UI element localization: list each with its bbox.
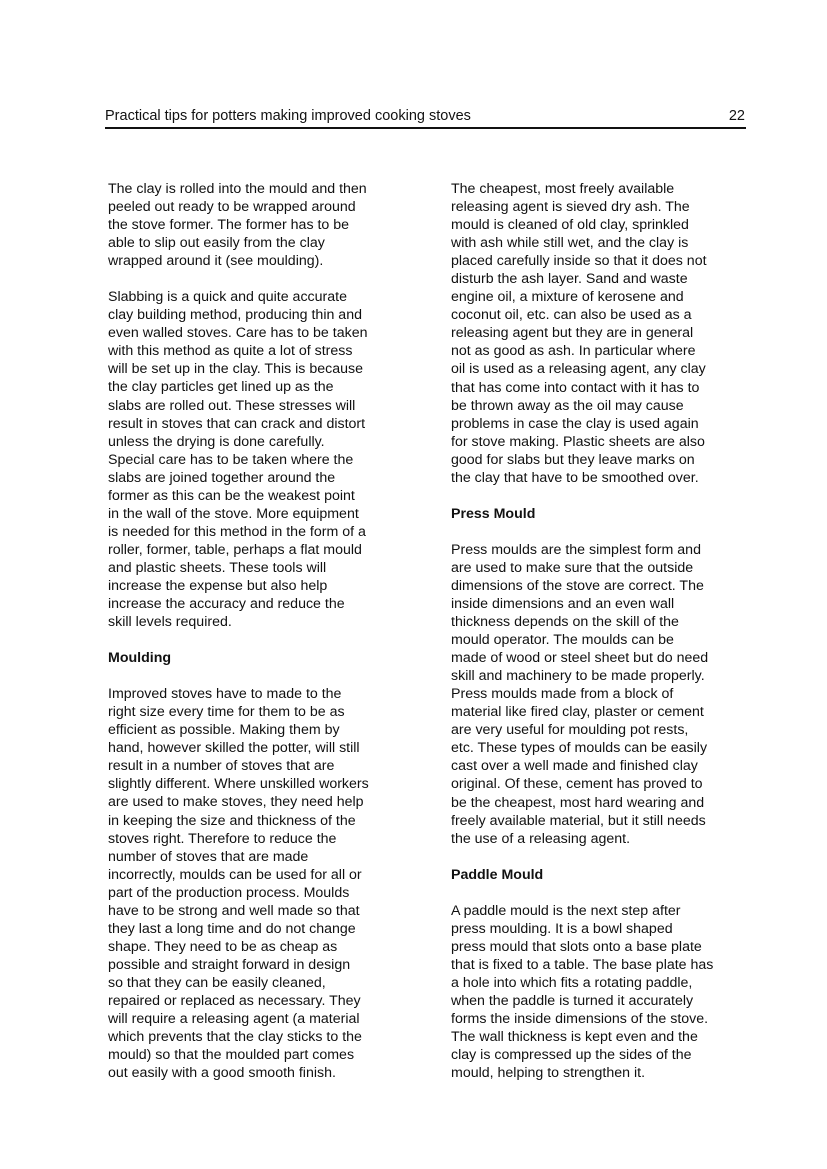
- text-line: stoves right. Therefore to reduce the: [108, 830, 428, 848]
- text-line: be thrown away as the oil may cause: [451, 397, 771, 415]
- paragraph: A paddle mould is the next step afterpre…: [451, 902, 771, 1082]
- text-line: for stove making. Plastic sheets are als…: [451, 433, 771, 451]
- text-line: is needed for this method in the form of…: [108, 523, 428, 541]
- text-line: forms the inside dimensions of the stove…: [451, 1010, 771, 1028]
- section-heading-paddle-mould: Paddle Mould: [451, 866, 771, 884]
- text-line: the clay that have to be smoothed over.: [451, 469, 771, 487]
- text-line: slightly different. Where unskilled work…: [108, 775, 428, 793]
- text-line: good for slabs but they leave marks on: [451, 451, 771, 469]
- text-line: so that they can be easily cleaned,: [108, 974, 428, 992]
- text-line: former as this can be the weakest point: [108, 487, 428, 505]
- text-line: disturb the ash layer. Sand and waste: [451, 270, 771, 288]
- running-header: Practical tips for potters making improv…: [105, 106, 745, 126]
- text-line: peeled out ready to be wrapped around: [108, 198, 428, 216]
- text-line: releasing agent but they are in general: [451, 324, 771, 342]
- text-line: press mould that slots onto a base plate: [451, 938, 771, 956]
- right-column: The cheapest, most freely availablerelea…: [451, 180, 771, 1100]
- text-line: original. Of these, cement has proved to: [451, 775, 771, 793]
- text-line: freely available material, but it still …: [451, 812, 771, 830]
- text-line: the clay particles get lined up as the: [108, 378, 428, 396]
- text-line: mould, helping to strengthen it.: [451, 1064, 771, 1082]
- text-line: clay is compressed up the sides of the: [451, 1046, 771, 1064]
- text-line: mould is cleaned of old clay, sprinkled: [451, 216, 771, 234]
- text-line: releasing agent is sieved dry ash. The: [451, 198, 771, 216]
- text-line: increase the accuracy and reduce the: [108, 595, 428, 613]
- text-line: have to be strong and well made so that: [108, 902, 428, 920]
- text-line: The clay is rolled into the mould and th…: [108, 180, 428, 198]
- text-line: mould operator. The moulds can be: [451, 631, 771, 649]
- text-line: made of wood or steel sheet but do need: [451, 649, 771, 667]
- text-line: a hole into which fits a rotating paddle…: [451, 974, 771, 992]
- text-line: skill and machinery to be made properly.: [451, 667, 771, 685]
- text-line: problems in case the clay is used again: [451, 415, 771, 433]
- text-line: increase the expense but also help: [108, 577, 428, 595]
- text-line: possible and straight forward in design: [108, 956, 428, 974]
- paragraph: The clay is rolled into the mould and th…: [108, 180, 428, 270]
- text-line: repaired or replaced as necessary. They: [108, 992, 428, 1010]
- text-line: the use of a releasing agent.: [451, 830, 771, 848]
- text-line: that has come into contact with it has t…: [451, 379, 771, 397]
- text-line: result in a number of stoves that are: [108, 757, 428, 775]
- text-line: will require a releasing agent (a materi…: [108, 1010, 428, 1028]
- text-line: able to slip out easily from the clay: [108, 234, 428, 252]
- text-line: slabs are rolled out. These stresses wil…: [108, 397, 428, 415]
- text-line: right size every time for them to be as: [108, 703, 428, 721]
- text-line: part of the production process. Moulds: [108, 884, 428, 902]
- text-line: thickness depends on the skill of the: [451, 613, 771, 631]
- text-line: hand, however skilled the potter, will s…: [108, 739, 428, 757]
- text-line: out easily with a good smooth finish.: [108, 1064, 428, 1082]
- text-line: incorrectly, moulds can be used for all …: [108, 866, 428, 884]
- text-line: placed carefully inside so that it does …: [451, 252, 771, 270]
- header-rule: [105, 127, 746, 129]
- text-line: that is fixed to a table. The base plate…: [451, 956, 771, 974]
- text-line: are used to make sure that the outside: [451, 559, 771, 577]
- text-line: Press moulds made from a block of: [451, 685, 771, 703]
- text-line: result in stoves that can crack and dist…: [108, 415, 428, 433]
- page-number: 22: [729, 106, 745, 126]
- text-line: press moulding. It is a bowl shaped: [451, 920, 771, 938]
- text-line: in keeping the size and thickness of the: [108, 812, 428, 830]
- text-line: will be set up in the clay. This is beca…: [108, 360, 428, 378]
- section-heading-press-mould: Press Mould: [451, 505, 771, 523]
- text-line: which prevents that the clay sticks to t…: [108, 1028, 428, 1046]
- text-line: material like fired clay, plaster or cem…: [451, 703, 771, 721]
- text-line: The wall thickness is kept even and the: [451, 1028, 771, 1046]
- text-line: inside dimensions and an even wall: [451, 595, 771, 613]
- text-line: etc. These types of moulds can be easily: [451, 739, 771, 757]
- paragraph: Slabbing is a quick and quite accuratecl…: [108, 288, 428, 631]
- paragraph: The cheapest, most freely availablerelea…: [451, 180, 771, 487]
- text-line: are used to make stoves, they need help: [108, 793, 428, 811]
- text-line: A paddle mould is the next step after: [451, 902, 771, 920]
- text-line: clay building method, producing thin and: [108, 306, 428, 324]
- text-line: Press moulds are the simplest form and: [451, 541, 771, 559]
- text-line: roller, former, table, perhaps a flat mo…: [108, 541, 428, 559]
- text-line: they last a long time and do not change: [108, 920, 428, 938]
- text-line: cast over a well made and finished clay: [451, 757, 771, 775]
- section-heading-moulding: Moulding: [108, 649, 428, 667]
- running-header-title: Practical tips for potters making improv…: [105, 106, 471, 126]
- text-line: wrapped around it (see moulding).: [108, 252, 428, 270]
- text-line: Slabbing is a quick and quite accurate: [108, 288, 428, 306]
- text-line: are very useful for moulding pot rests,: [451, 721, 771, 739]
- text-line: in the wall of the stove. More equipment: [108, 505, 428, 523]
- text-line: efficient as possible. Making them by: [108, 721, 428, 739]
- text-line: Improved stoves have to made to the: [108, 685, 428, 703]
- left-column: The clay is rolled into the mould and th…: [108, 180, 428, 1100]
- text-line: oil is used as a releasing agent, any cl…: [451, 360, 771, 378]
- text-line: the stove former. The former has to be: [108, 216, 428, 234]
- text-line: The cheapest, most freely available: [451, 180, 771, 198]
- text-line: even walled stoves. Care has to be taken: [108, 324, 428, 342]
- text-line: and plastic sheets. These tools will: [108, 559, 428, 577]
- text-line: not as good as ash. In particular where: [451, 342, 771, 360]
- text-line: engine oil, a mixture of kerosene and: [451, 288, 771, 306]
- paragraph: Improved stoves have to made to theright…: [108, 685, 428, 1082]
- text-line: when the paddle is turned it accurately: [451, 992, 771, 1010]
- text-line: dimensions of the stove are correct. The: [451, 577, 771, 595]
- text-line: shape. They need to be as cheap as: [108, 938, 428, 956]
- text-line: coconut oil, etc. can also be used as a: [451, 306, 771, 324]
- paragraph: Press moulds are the simplest form andar…: [451, 541, 771, 848]
- text-line: skill levels required.: [108, 613, 428, 631]
- text-line: Special care has to be taken where the: [108, 451, 428, 469]
- text-line: with ash while still wet, and the clay i…: [451, 234, 771, 252]
- text-line: slabs are joined together around the: [108, 469, 428, 487]
- text-line: with this method as quite a lot of stres…: [108, 342, 428, 360]
- text-line: mould) so that the moulded part comes: [108, 1046, 428, 1064]
- text-line: number of stoves that are made: [108, 848, 428, 866]
- text-line: unless the drying is done carefully.: [108, 433, 428, 451]
- text-line: be the cheapest, most hard wearing and: [451, 794, 771, 812]
